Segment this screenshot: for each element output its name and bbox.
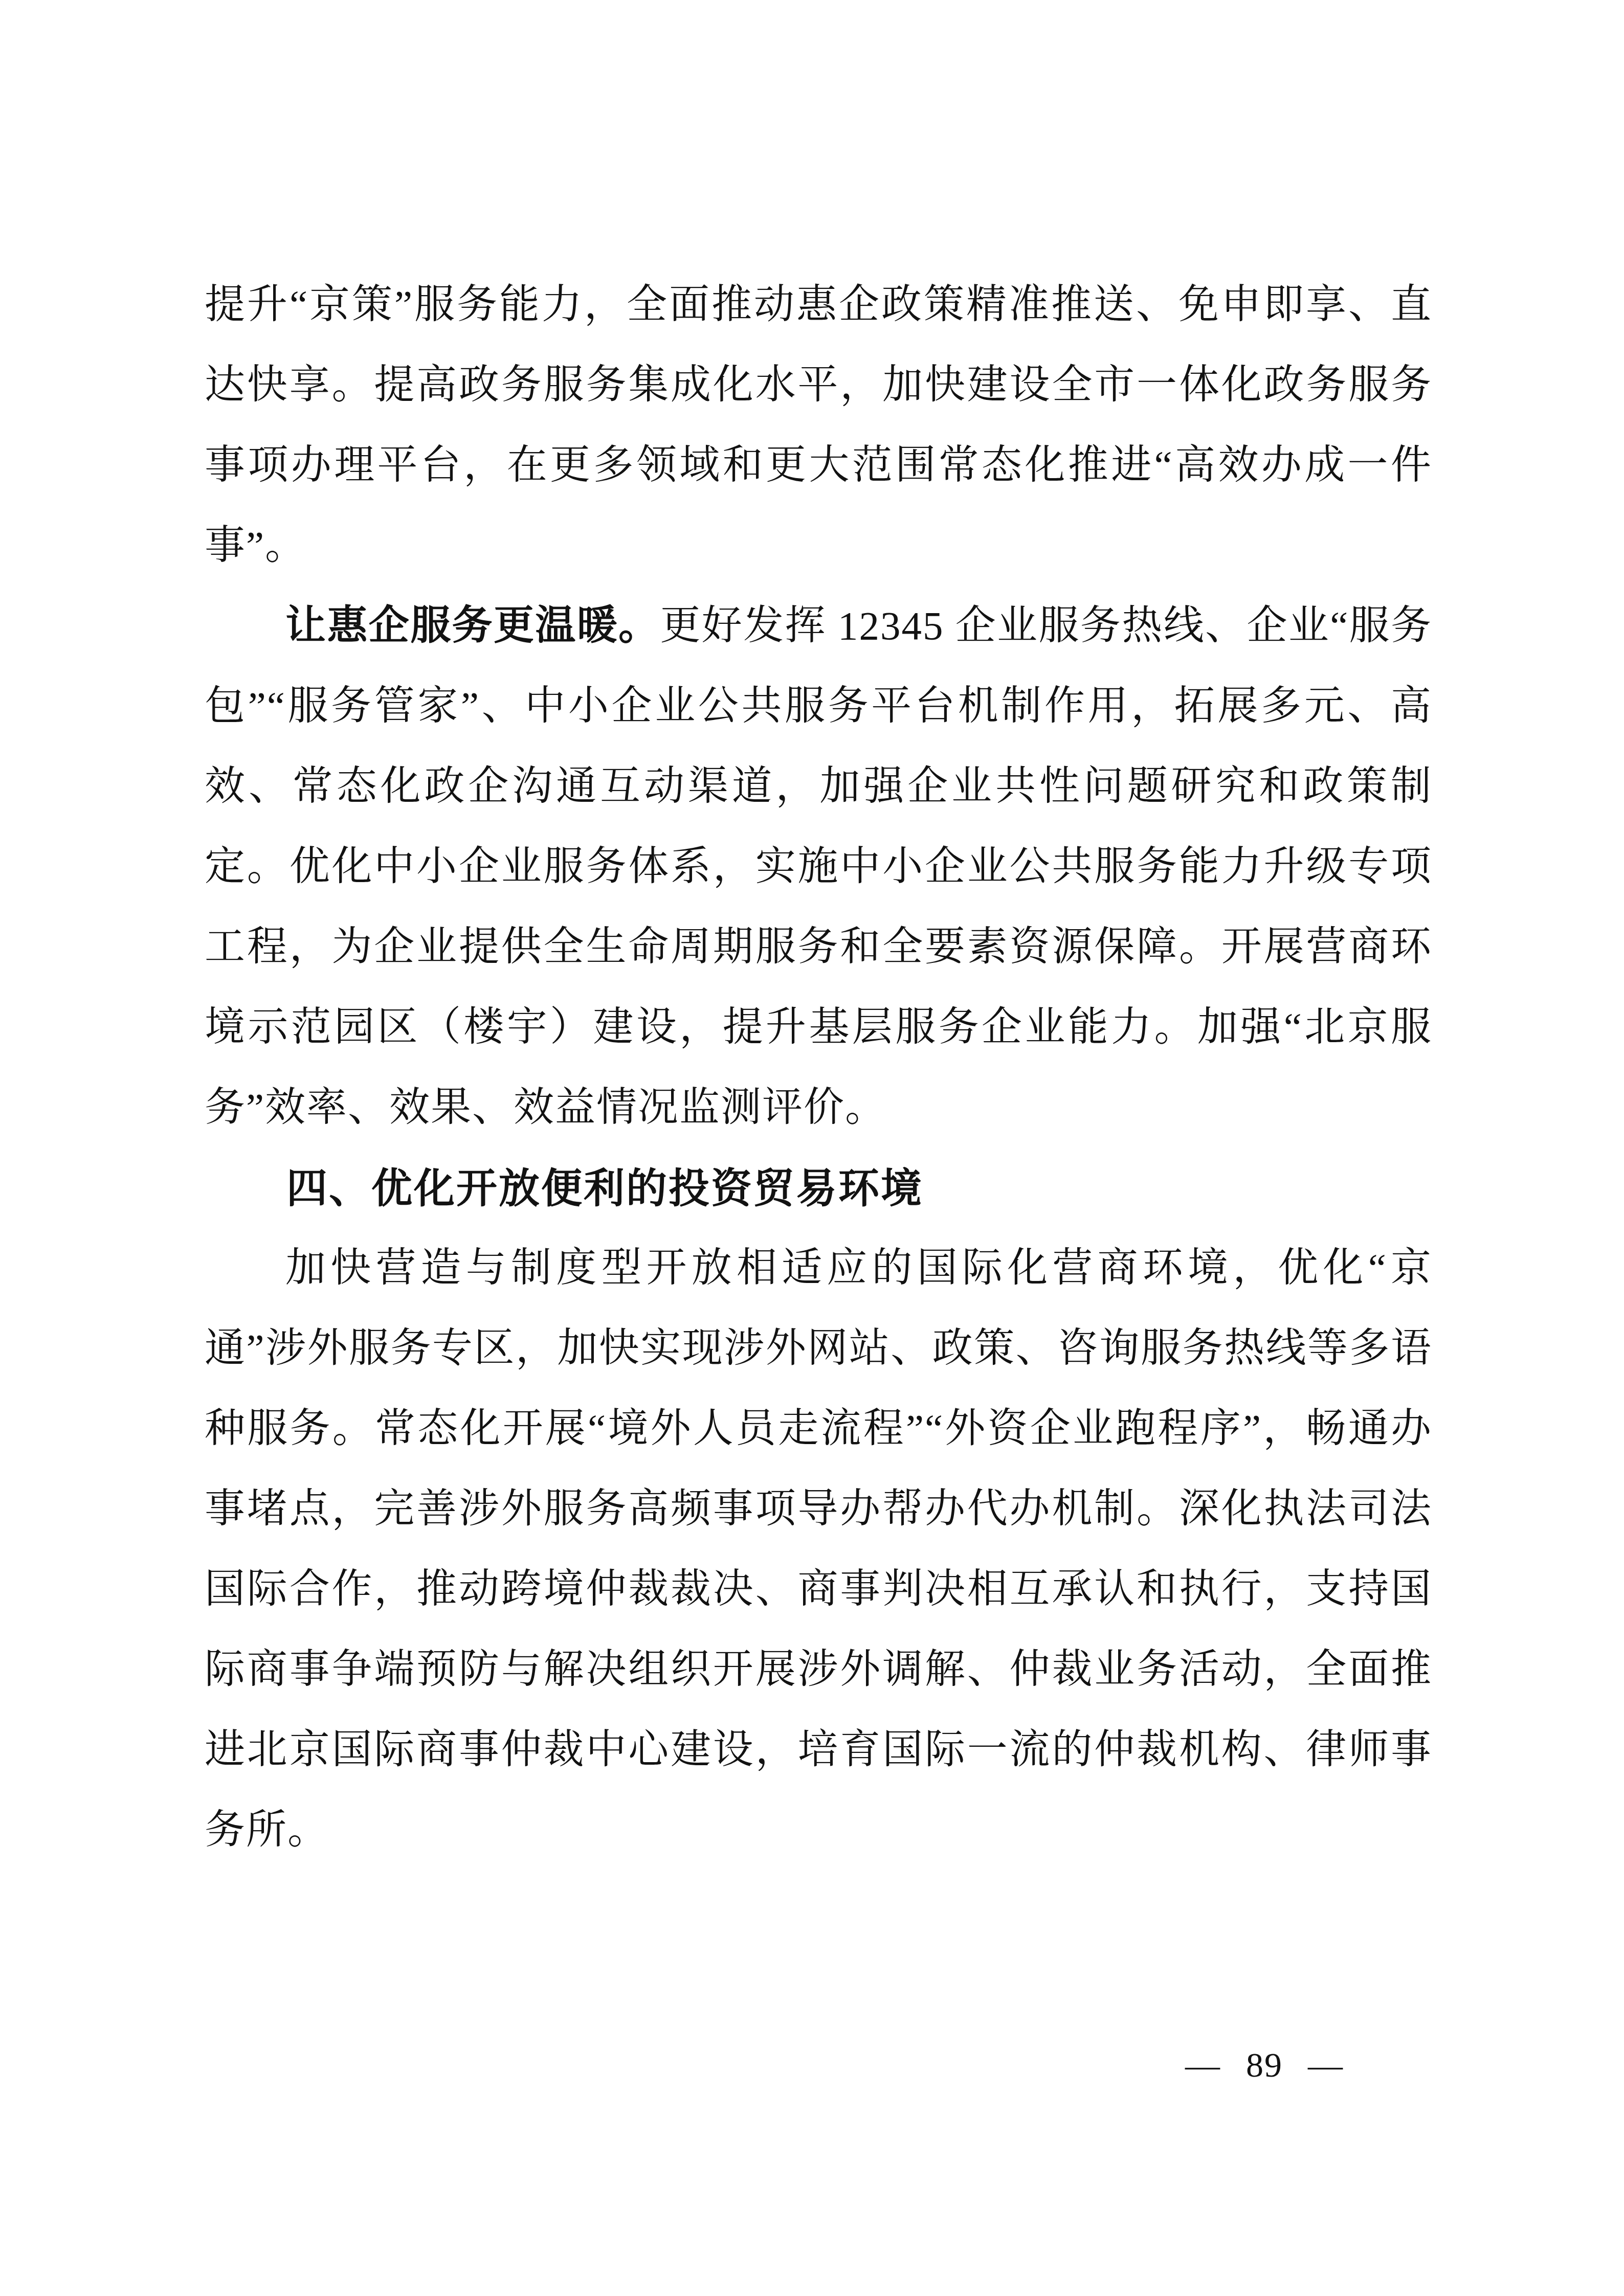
- paragraph: 让惠企服务更温暖。更好发挥 12345 企业服务热线、企业“服务包”“服务管家”…: [205, 586, 1432, 1148]
- paragraph-text: 更好发挥 12345 企业服务热线、企业“服务包”“服务管家”、中小企业公共服务…: [205, 604, 1432, 1130]
- paragraph-lead-bold: 让惠企服务更温暖。: [285, 604, 660, 648]
- page-number: — 89 —: [1185, 2045, 1344, 2084]
- document-body: 提升“京策”服务能力，全面推动惠企政策精准推送、免申即享、直达快享。提高政务服务…: [205, 265, 1432, 1871]
- paragraph-continuation: 提升“京策”服务能力，全面推动惠企政策精准推送、免申即享、直达快享。提高政务服务…: [205, 265, 1432, 586]
- page-footer: — 89 —: [1185, 2044, 1344, 2085]
- section-heading: 四、优化开放便利的投资贸易环境: [205, 1148, 1432, 1228]
- paragraph: 加快营造与制度型开放相适应的国际化营商环境，优化“京通”涉外服务专区，加快实现涉…: [205, 1228, 1432, 1871]
- document-page: 提升“京策”服务能力，全面推动惠企政策精准推送、免申即享、直达快享。提高政务服务…: [0, 0, 1624, 2296]
